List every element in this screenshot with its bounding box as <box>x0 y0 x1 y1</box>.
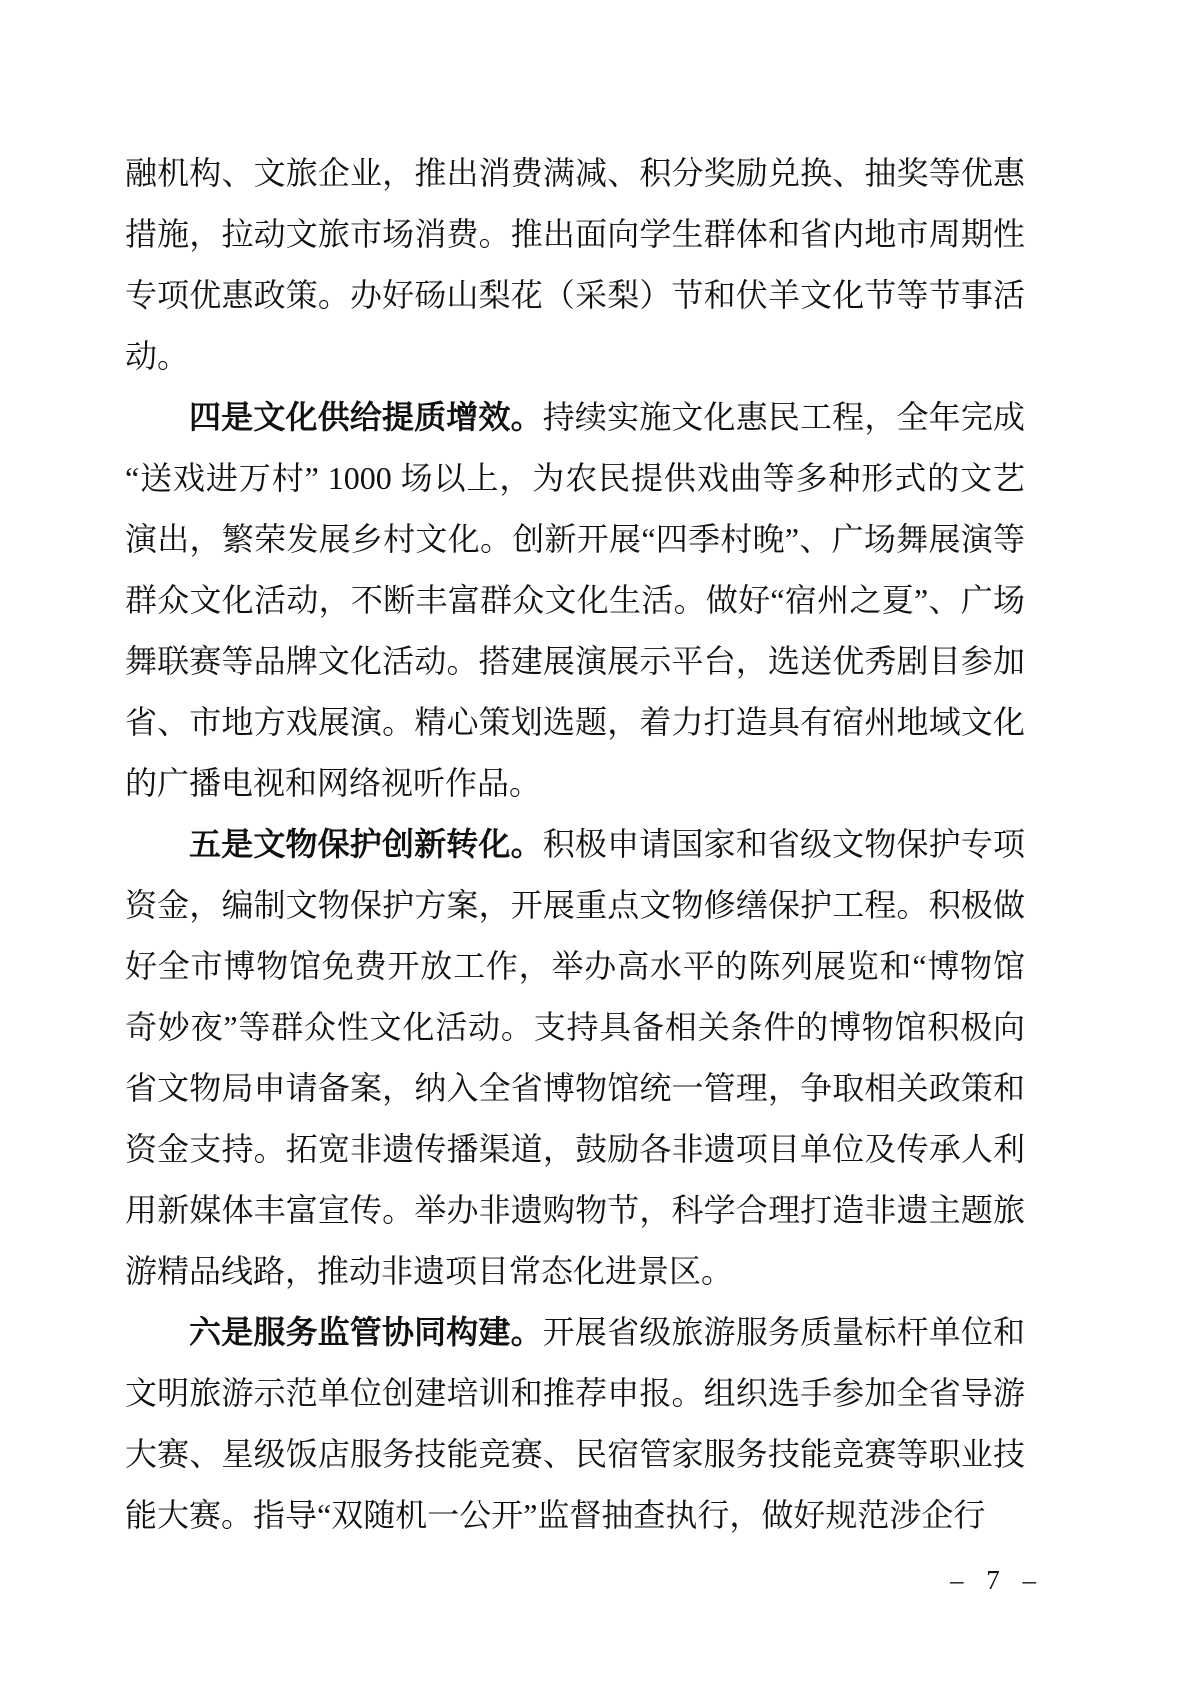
paragraph-text: 持续实施文化惠民工程，全年完成“送戏进万村” 1000 场以上，为农民提供戏曲等… <box>125 399 1025 801</box>
document-page: 融机构、文旅企业，推出消费满减、积分奖励兑换、抽奖等优惠措施，拉动文旅市场消费。… <box>0 0 1190 1683</box>
paragraph-lead: 五是文物保护创新转化。 <box>189 826 543 862</box>
paragraph-lead: 四是文化供给提质增效。 <box>189 399 543 435</box>
paragraph: 融机构、文旅企业，推出消费满减、积分奖励兑换、抽奖等优惠措施，拉动文旅市场消费。… <box>125 143 1025 387</box>
paragraph-text: 融机构、文旅企业，推出消费满减、积分奖励兑换、抽奖等优惠措施，拉动文旅市场消费。… <box>125 155 1025 374</box>
page-number: – 7 – <box>950 1565 1044 1596</box>
paragraph: 六是服务监管协同构建。开展省级旅游服务质量标杆单位和文明旅游示范单位创建培训和推… <box>125 1302 1025 1546</box>
document-body: 融机构、文旅企业，推出消费满减、积分奖励兑换、抽奖等优惠措施，拉动文旅市场消费。… <box>125 143 1025 1546</box>
paragraph-text: 积极申请国家和省级文物保护专项资金，编制文物保护方案，开展重点文物修缮保护工程。… <box>125 826 1025 1289</box>
paragraph: 五是文物保护创新转化。积极申请国家和省级文物保护专项资金，编制文物保护方案，开展… <box>125 814 1025 1302</box>
paragraph: 四是文化供给提质增效。持续实施文化惠民工程，全年完成“送戏进万村” 1000 场… <box>125 387 1025 814</box>
paragraph-lead: 六是服务监管协同构建。 <box>189 1314 543 1350</box>
